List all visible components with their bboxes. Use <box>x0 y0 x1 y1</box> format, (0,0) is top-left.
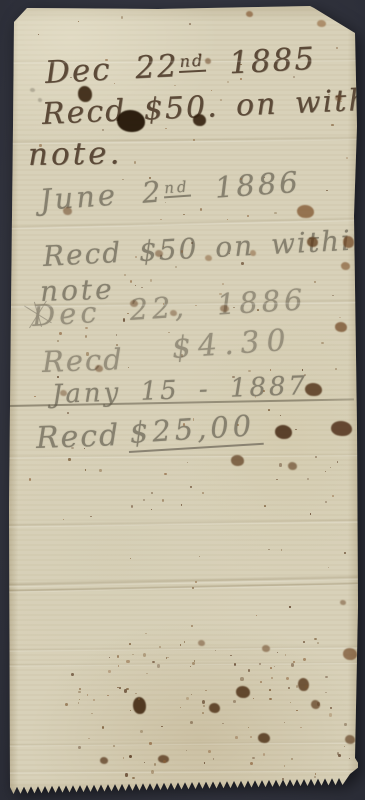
speckle <box>344 723 347 727</box>
speckle <box>183 214 184 215</box>
speckle <box>211 90 212 91</box>
speckle <box>248 370 251 372</box>
foxing-stain <box>331 421 352 436</box>
speckle <box>79 688 82 690</box>
speckle <box>291 663 294 667</box>
speckle <box>303 641 305 643</box>
entry3-label: Recd <box>41 345 124 377</box>
speckle <box>163 246 164 247</box>
speckle <box>202 712 204 714</box>
foxing-stain <box>288 462 297 470</box>
foxing-stain <box>209 703 220 713</box>
foxing-stain <box>343 648 357 660</box>
speckle <box>340 101 341 102</box>
speckle <box>240 178 242 180</box>
speckle <box>344 746 345 747</box>
speckle <box>108 670 111 672</box>
speckle <box>116 334 117 336</box>
speckle <box>247 215 249 217</box>
speckle <box>190 721 193 724</box>
speckle <box>321 342 323 344</box>
speckle <box>331 124 333 126</box>
speckle <box>78 746 81 749</box>
speckle <box>190 486 192 487</box>
speckle <box>233 307 234 308</box>
speckle <box>79 699 80 700</box>
speckle <box>300 727 302 728</box>
foxing-stain <box>95 365 103 372</box>
foxing-stain <box>78 86 92 102</box>
speckle <box>339 317 341 319</box>
speckle <box>222 723 224 724</box>
speckle <box>165 128 167 130</box>
speckle <box>181 354 183 357</box>
foxing-stain <box>170 310 177 316</box>
speckle <box>279 463 282 466</box>
speckle <box>293 76 295 78</box>
speckle <box>135 285 136 286</box>
speckle <box>257 309 259 311</box>
speckle <box>303 658 306 660</box>
speckle <box>296 710 297 711</box>
foxing-stain <box>305 383 322 396</box>
speckle <box>330 467 331 468</box>
speckle <box>264 505 266 507</box>
entry4-label: Recd <box>35 421 120 454</box>
foxing-stain <box>345 735 355 744</box>
foxing-stain <box>317 20 326 27</box>
speckle <box>57 376 59 378</box>
speckle <box>281 549 283 551</box>
entry1-date-pre: Dec 22 <box>44 48 180 91</box>
fold-crease <box>8 645 358 652</box>
speckle <box>181 504 182 505</box>
foxing-stain <box>130 300 138 307</box>
speckle <box>195 581 197 583</box>
speckle <box>190 666 191 667</box>
speckle <box>184 641 186 643</box>
speckle <box>154 763 157 766</box>
speckle <box>199 54 200 56</box>
speckle <box>203 705 205 707</box>
foxing-stain <box>231 455 244 466</box>
speckle <box>332 295 334 297</box>
entry1-date-ordinal: nd <box>178 54 206 73</box>
speckle <box>135 693 137 694</box>
speckle <box>326 190 328 192</box>
speckle <box>127 313 129 315</box>
entry2-text: Recd $50 on within <box>42 226 365 271</box>
speckle <box>117 655 120 658</box>
entry2-date: June 2nd 1886 <box>39 168 302 215</box>
entry1-date: Dec 22nd 1885 <box>44 44 317 89</box>
speckle <box>161 726 163 727</box>
speckle <box>325 501 327 503</box>
speckle <box>187 462 188 463</box>
entry3-amount: $4.30 <box>171 326 294 364</box>
speckle <box>250 762 253 765</box>
speckle <box>335 368 337 370</box>
foxing-stain <box>348 23 355 29</box>
speckle <box>252 757 255 760</box>
speckle <box>130 710 131 711</box>
speckle <box>241 262 244 264</box>
foxing-stain <box>155 250 163 257</box>
speckle <box>126 660 129 663</box>
foxing-stain <box>340 600 346 605</box>
speckle <box>314 281 316 283</box>
entry4-amount: $25,00 <box>127 411 264 453</box>
speckle <box>349 758 350 759</box>
speckle <box>168 332 170 333</box>
speckle <box>68 458 70 460</box>
speckle <box>152 661 155 663</box>
speckle <box>181 250 183 253</box>
speckle <box>233 700 236 703</box>
speckle <box>130 280 132 283</box>
speckle <box>329 713 332 716</box>
speckle <box>109 657 110 658</box>
speckle <box>67 412 69 414</box>
speckle <box>85 469 86 470</box>
speckle <box>191 694 192 695</box>
speckle <box>78 691 80 694</box>
speckle <box>314 776 316 779</box>
speckle <box>205 690 207 691</box>
speckle <box>255 396 256 397</box>
speckle <box>59 332 62 335</box>
speckle <box>63 519 64 520</box>
foxing-stain <box>205 58 211 64</box>
speckle <box>248 669 251 671</box>
speckle <box>164 473 167 476</box>
speckle <box>123 318 126 321</box>
speckle <box>284 722 285 723</box>
speckle <box>317 642 319 644</box>
speckle <box>330 707 332 709</box>
foxing-stain <box>262 645 270 652</box>
speckle <box>160 219 161 220</box>
speckle <box>240 78 242 81</box>
speckle <box>295 429 296 430</box>
speckle <box>87 694 88 695</box>
speckle <box>131 505 133 508</box>
speckle <box>284 765 285 766</box>
speckle <box>315 773 317 775</box>
speckle <box>213 758 215 760</box>
speckle <box>332 495 334 497</box>
speckle <box>248 727 249 728</box>
speckle <box>230 655 231 657</box>
speckle <box>34 396 36 398</box>
speckle <box>277 652 278 653</box>
speckle <box>189 23 191 25</box>
speckle <box>253 698 254 699</box>
speckle <box>102 726 104 729</box>
speckle <box>204 762 205 764</box>
speckle <box>346 157 348 159</box>
speckle <box>126 688 129 691</box>
speckle <box>325 692 327 694</box>
speckle <box>186 697 189 700</box>
entry2-date-year: 1886 <box>190 165 302 207</box>
speckle <box>271 677 273 679</box>
speckle <box>200 208 202 210</box>
speckle <box>285 654 287 656</box>
speckle <box>235 736 238 739</box>
foxing-stain <box>258 733 270 743</box>
speckle <box>310 513 311 514</box>
speckle <box>263 753 265 756</box>
speckle <box>270 369 271 370</box>
speckle <box>336 47 338 50</box>
foxing-stain <box>100 757 108 764</box>
speckle <box>134 161 137 164</box>
speckle <box>202 700 205 704</box>
speckle <box>274 666 275 667</box>
fold-crease <box>8 740 358 747</box>
foxing-stain <box>297 205 314 218</box>
speckle <box>180 707 181 708</box>
speckle <box>140 730 143 733</box>
speckle <box>291 758 293 760</box>
speckle <box>85 335 87 337</box>
entry2-date-pre: June 2 <box>39 174 165 217</box>
speckle <box>191 625 193 627</box>
speckle <box>286 677 289 680</box>
speckle <box>38 34 39 35</box>
speckle <box>143 653 146 657</box>
speckle <box>86 352 89 355</box>
foxing-stain <box>341 262 350 270</box>
speckle <box>186 750 187 751</box>
speckle <box>151 492 153 495</box>
speckle <box>337 752 339 754</box>
speckle <box>191 242 193 244</box>
speckle <box>93 699 95 701</box>
speckle <box>157 664 160 667</box>
speckle <box>240 677 243 681</box>
speckle <box>219 293 221 295</box>
speckle <box>269 689 270 691</box>
foxing-stain <box>63 207 72 215</box>
speckle <box>150 279 153 281</box>
speckle <box>222 283 224 285</box>
speckle <box>315 456 317 458</box>
foxing-stain <box>198 640 205 646</box>
foxing-stain <box>250 250 256 256</box>
speckle <box>280 415 281 416</box>
speckle <box>146 673 147 674</box>
foxing-stain <box>220 305 229 312</box>
speckle <box>202 492 204 493</box>
speckle <box>325 676 327 678</box>
paper-shadow-wrap: Dec 22nd 1885 Recd $50. on within note. … <box>0 0 365 800</box>
speckle <box>304 374 306 376</box>
speckle <box>256 615 257 616</box>
speckle <box>282 778 284 780</box>
speckle <box>129 643 131 645</box>
speckle <box>288 687 291 689</box>
speckle <box>174 85 176 86</box>
entry2-date-ordinal: nd <box>163 180 191 198</box>
speckle <box>39 144 41 147</box>
foxing-stain <box>205 255 212 261</box>
speckle <box>167 657 169 659</box>
speckle <box>337 461 339 462</box>
speckle <box>99 469 101 472</box>
speckle <box>121 16 123 18</box>
foxing-stain <box>307 237 318 247</box>
speckle <box>260 681 262 683</box>
foxing-stain <box>60 390 67 396</box>
speckle <box>132 654 134 656</box>
speckle <box>90 516 92 517</box>
speckle <box>328 567 329 568</box>
speckle <box>129 755 132 758</box>
speckle <box>91 713 93 715</box>
foxing-stain <box>193 114 206 126</box>
speckle <box>325 471 326 473</box>
speckle <box>78 21 80 22</box>
speckle <box>113 745 116 747</box>
speckle <box>151 509 152 510</box>
speckle <box>269 698 272 700</box>
speckle <box>78 702 80 703</box>
speckle <box>166 657 167 659</box>
speckle <box>132 777 135 779</box>
speckle <box>250 736 252 738</box>
foxing-stain <box>246 11 253 17</box>
speckle <box>102 129 104 131</box>
speckle <box>234 663 236 666</box>
foxing-stain <box>30 88 35 92</box>
speckle <box>71 673 74 676</box>
fold-crease <box>8 518 358 528</box>
speckle <box>268 409 270 411</box>
speckle <box>199 556 200 557</box>
speckle <box>57 340 58 342</box>
speckle <box>162 499 165 502</box>
foxing-stain <box>335 322 347 332</box>
speckle <box>270 667 272 669</box>
speckle <box>107 695 109 696</box>
speckle <box>344 552 346 554</box>
receipt-note-paper: Dec 22nd 1885 Recd $50. on within note. … <box>8 6 358 796</box>
speckle <box>276 479 278 481</box>
speckle <box>305 685 307 688</box>
speckle <box>123 757 124 758</box>
speckle <box>143 499 145 501</box>
speckle <box>128 367 129 368</box>
speckle <box>274 212 276 214</box>
speckle <box>119 687 121 689</box>
speckle <box>124 274 126 276</box>
speckle <box>307 478 309 480</box>
foxing-stain <box>236 686 250 698</box>
speckle <box>29 478 32 481</box>
foxing-stain <box>275 425 292 439</box>
speckle <box>289 606 290 607</box>
speckle <box>88 738 90 739</box>
speckle <box>314 638 317 640</box>
photo-background: Dec 22nd 1885 Recd $50. on within note. … <box>0 0 365 800</box>
speckle <box>144 762 145 763</box>
speckle <box>175 266 177 269</box>
speckle <box>149 742 152 745</box>
speckle <box>237 424 239 425</box>
fold-crease <box>8 768 358 774</box>
speckle <box>125 773 128 776</box>
speckle <box>145 633 146 634</box>
speckle <box>163 760 166 762</box>
speckle <box>149 177 151 178</box>
foxing-stain <box>343 236 354 248</box>
fold-crease <box>8 661 358 667</box>
speckle <box>70 77 71 78</box>
speckle <box>130 558 131 559</box>
speckle <box>141 287 143 289</box>
speckle <box>65 703 68 706</box>
speckle <box>268 549 270 550</box>
foxing-stain <box>38 98 42 102</box>
speckle <box>208 750 211 753</box>
foxing-stain <box>117 110 145 132</box>
speckle <box>151 770 154 774</box>
speckle <box>105 59 107 61</box>
speckle <box>227 81 229 83</box>
speckle <box>290 702 291 703</box>
